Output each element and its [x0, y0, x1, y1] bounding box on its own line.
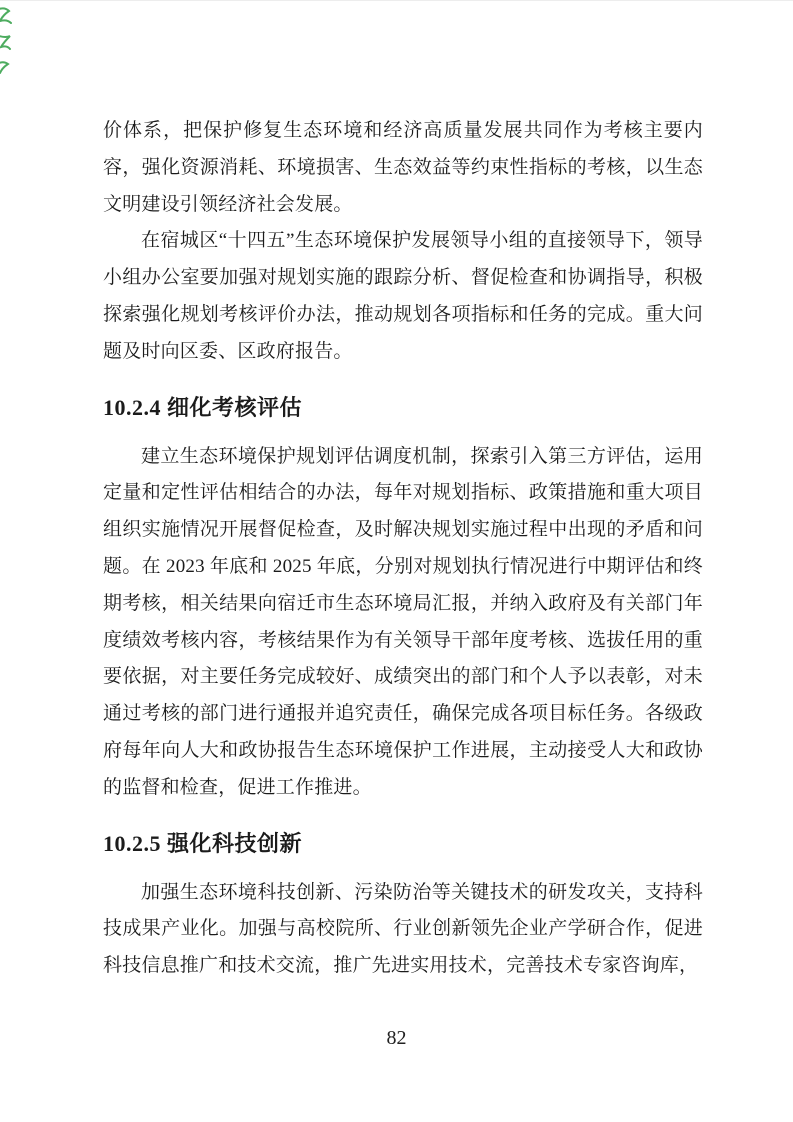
section-heading-10-2-4: 10.2.4 细化考核评估 — [103, 391, 703, 425]
green-annotation-mark-icon — [0, 5, 19, 29]
paragraph: 在宿城区“十四五”生态环境保护发展领导小组的直接领导下，领导小组办公室要加强对规… — [103, 223, 703, 370]
green-annotation-mark-icon — [0, 33, 17, 55]
page-number: 82 — [387, 1027, 407, 1049]
section-heading-10-2-5: 10.2.5 强化科技创新 — [103, 827, 703, 861]
paragraph: 加强生态环境科技创新、污染防治等关键技术的研发攻关，支持科技成果产业化。加强与高… — [103, 875, 703, 985]
green-edge-marks — [0, 5, 25, 85]
page-body: 价体系，把保护修复生态环境和经济高质量发展共同作为考核主要内容，强化资源消耗、环… — [103, 113, 703, 985]
green-annotation-mark-icon — [0, 59, 15, 79]
document-page: 价体系，把保护修复生态环境和经济高质量发展共同作为考核主要内容，强化资源消耗、环… — [0, 0, 793, 1122]
paragraph: 建立生态环境保护规划评估调度机制，探索引入第三方评估，运用定量和定性评估相结合的… — [103, 439, 703, 807]
page-footer: 82 — [0, 1027, 793, 1050]
paragraph-continuation: 价体系，把保护修复生态环境和经济高质量发展共同作为考核主要内容，强化资源消耗、环… — [103, 113, 703, 223]
